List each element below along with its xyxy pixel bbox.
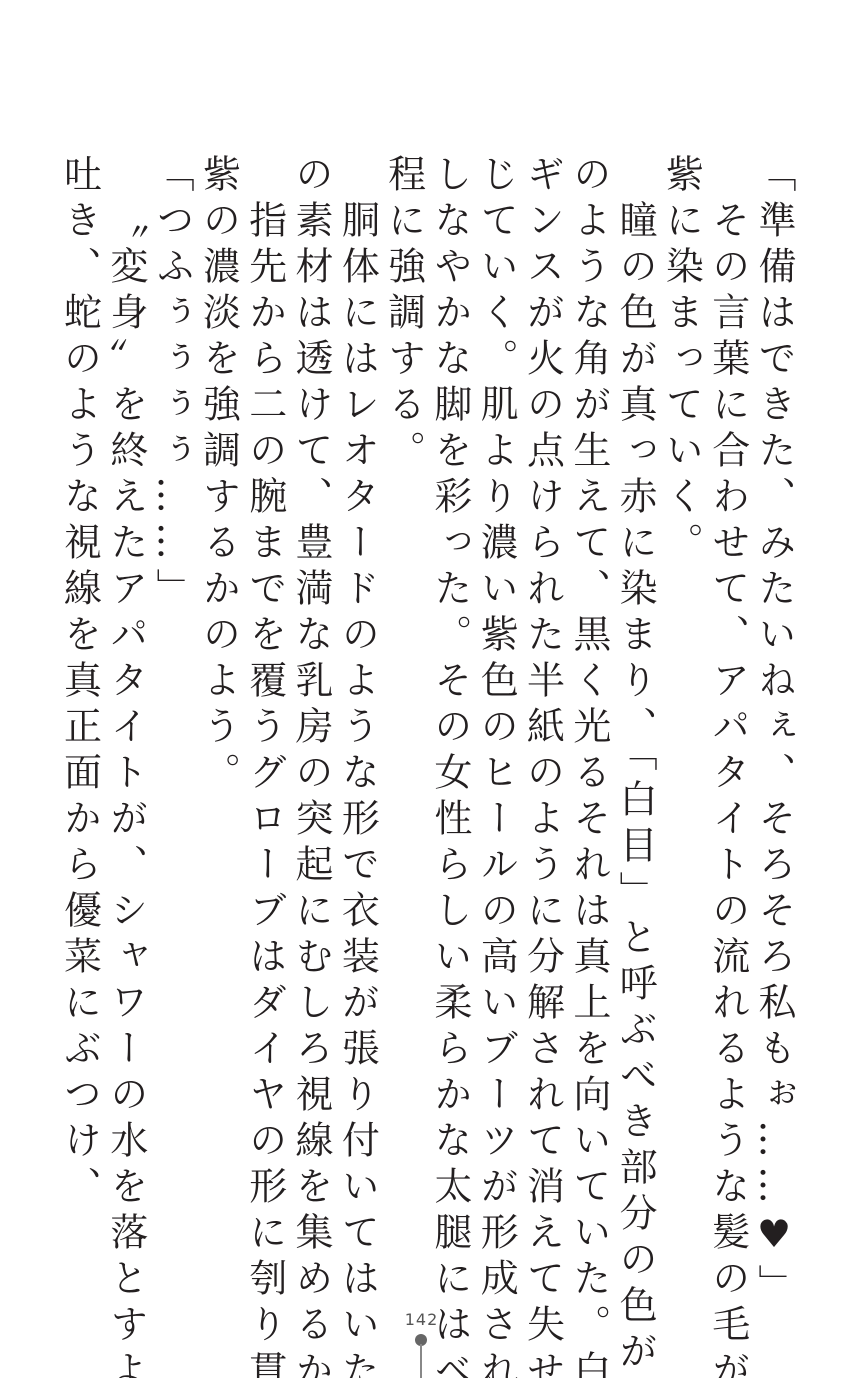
text-line: の素材は透けて、豊満な乳房の突起にむしろ視線を集めるかのようなデザインだった。 (288, 154, 334, 1264)
text-line: 程に強調する。 (380, 154, 426, 1264)
text-line: しなやかな脚を彩った。その女性らしい柔らかな太腿にはベルトが巻かれて肉感を嫌みな (427, 154, 473, 1264)
text-line: ギンスが火の点けられた半紙のように分解されて消えて失せ、拷具を思わせる衣装へと変 (519, 154, 565, 1264)
vertical-text-body: 「準備はできた、みたいねぇ、そろそろ私もぉ……♥」 その言葉に合わせて、アパタイ… (56, 154, 797, 1264)
text-line: 「準備はできた、みたいねぇ、そろそろ私もぉ……♥」 (751, 154, 797, 1264)
text-line: 胴体にはレオタードのような形で衣装が張り付いてはいたが、その乳房を隠すべき部分 (334, 154, 380, 1264)
text-line: その言葉に合わせて、アパタイトの流れるような髪の毛が、透明感を放つ皮膚が、薄い (704, 154, 750, 1264)
text-line: じていく。肌より濃い紫色のヒールの高いブーツが形成されて、膝を超えてアパタイトの (473, 154, 519, 1264)
text-line: 紫の濃淡を強調するかのよう。 (195, 154, 241, 1264)
book-page: 「準備はできた、みたいねぇ、そろそろ私もぉ……♥」 その言葉に合わせて、アパタイ… (0, 0, 843, 1378)
page-number: 142 (0, 1310, 843, 1329)
text-line: 「つふぅぅぅぅ……」 (149, 154, 195, 1264)
text-line: 指先から二の腕までを覆うグローブはダイヤの形に刳り貫かれ、幾何学模様を形成して、 (241, 154, 287, 1264)
text-line: 瞳の色が真っ赤に染まり、「白目」と呼ぶべき部分の色が暗く変じていく。頭からは牛 (612, 154, 658, 1264)
text-line: 吐き、蛇のような視線を真正面から優菜にぶつけ、 (56, 154, 102, 1264)
text-line: 紫に染まっていく。 (658, 154, 704, 1264)
text-line: 〝変身〟を終えたアパタイトが、シャワーの水を落とすように髪の毛を靡かせて一息を (103, 154, 149, 1264)
folio-line-ornament (420, 1344, 422, 1378)
text-line: のような角が生えて、黒く光るそれは真上を向いていた。白いワイシャツにデニム地のレ (566, 154, 612, 1264)
